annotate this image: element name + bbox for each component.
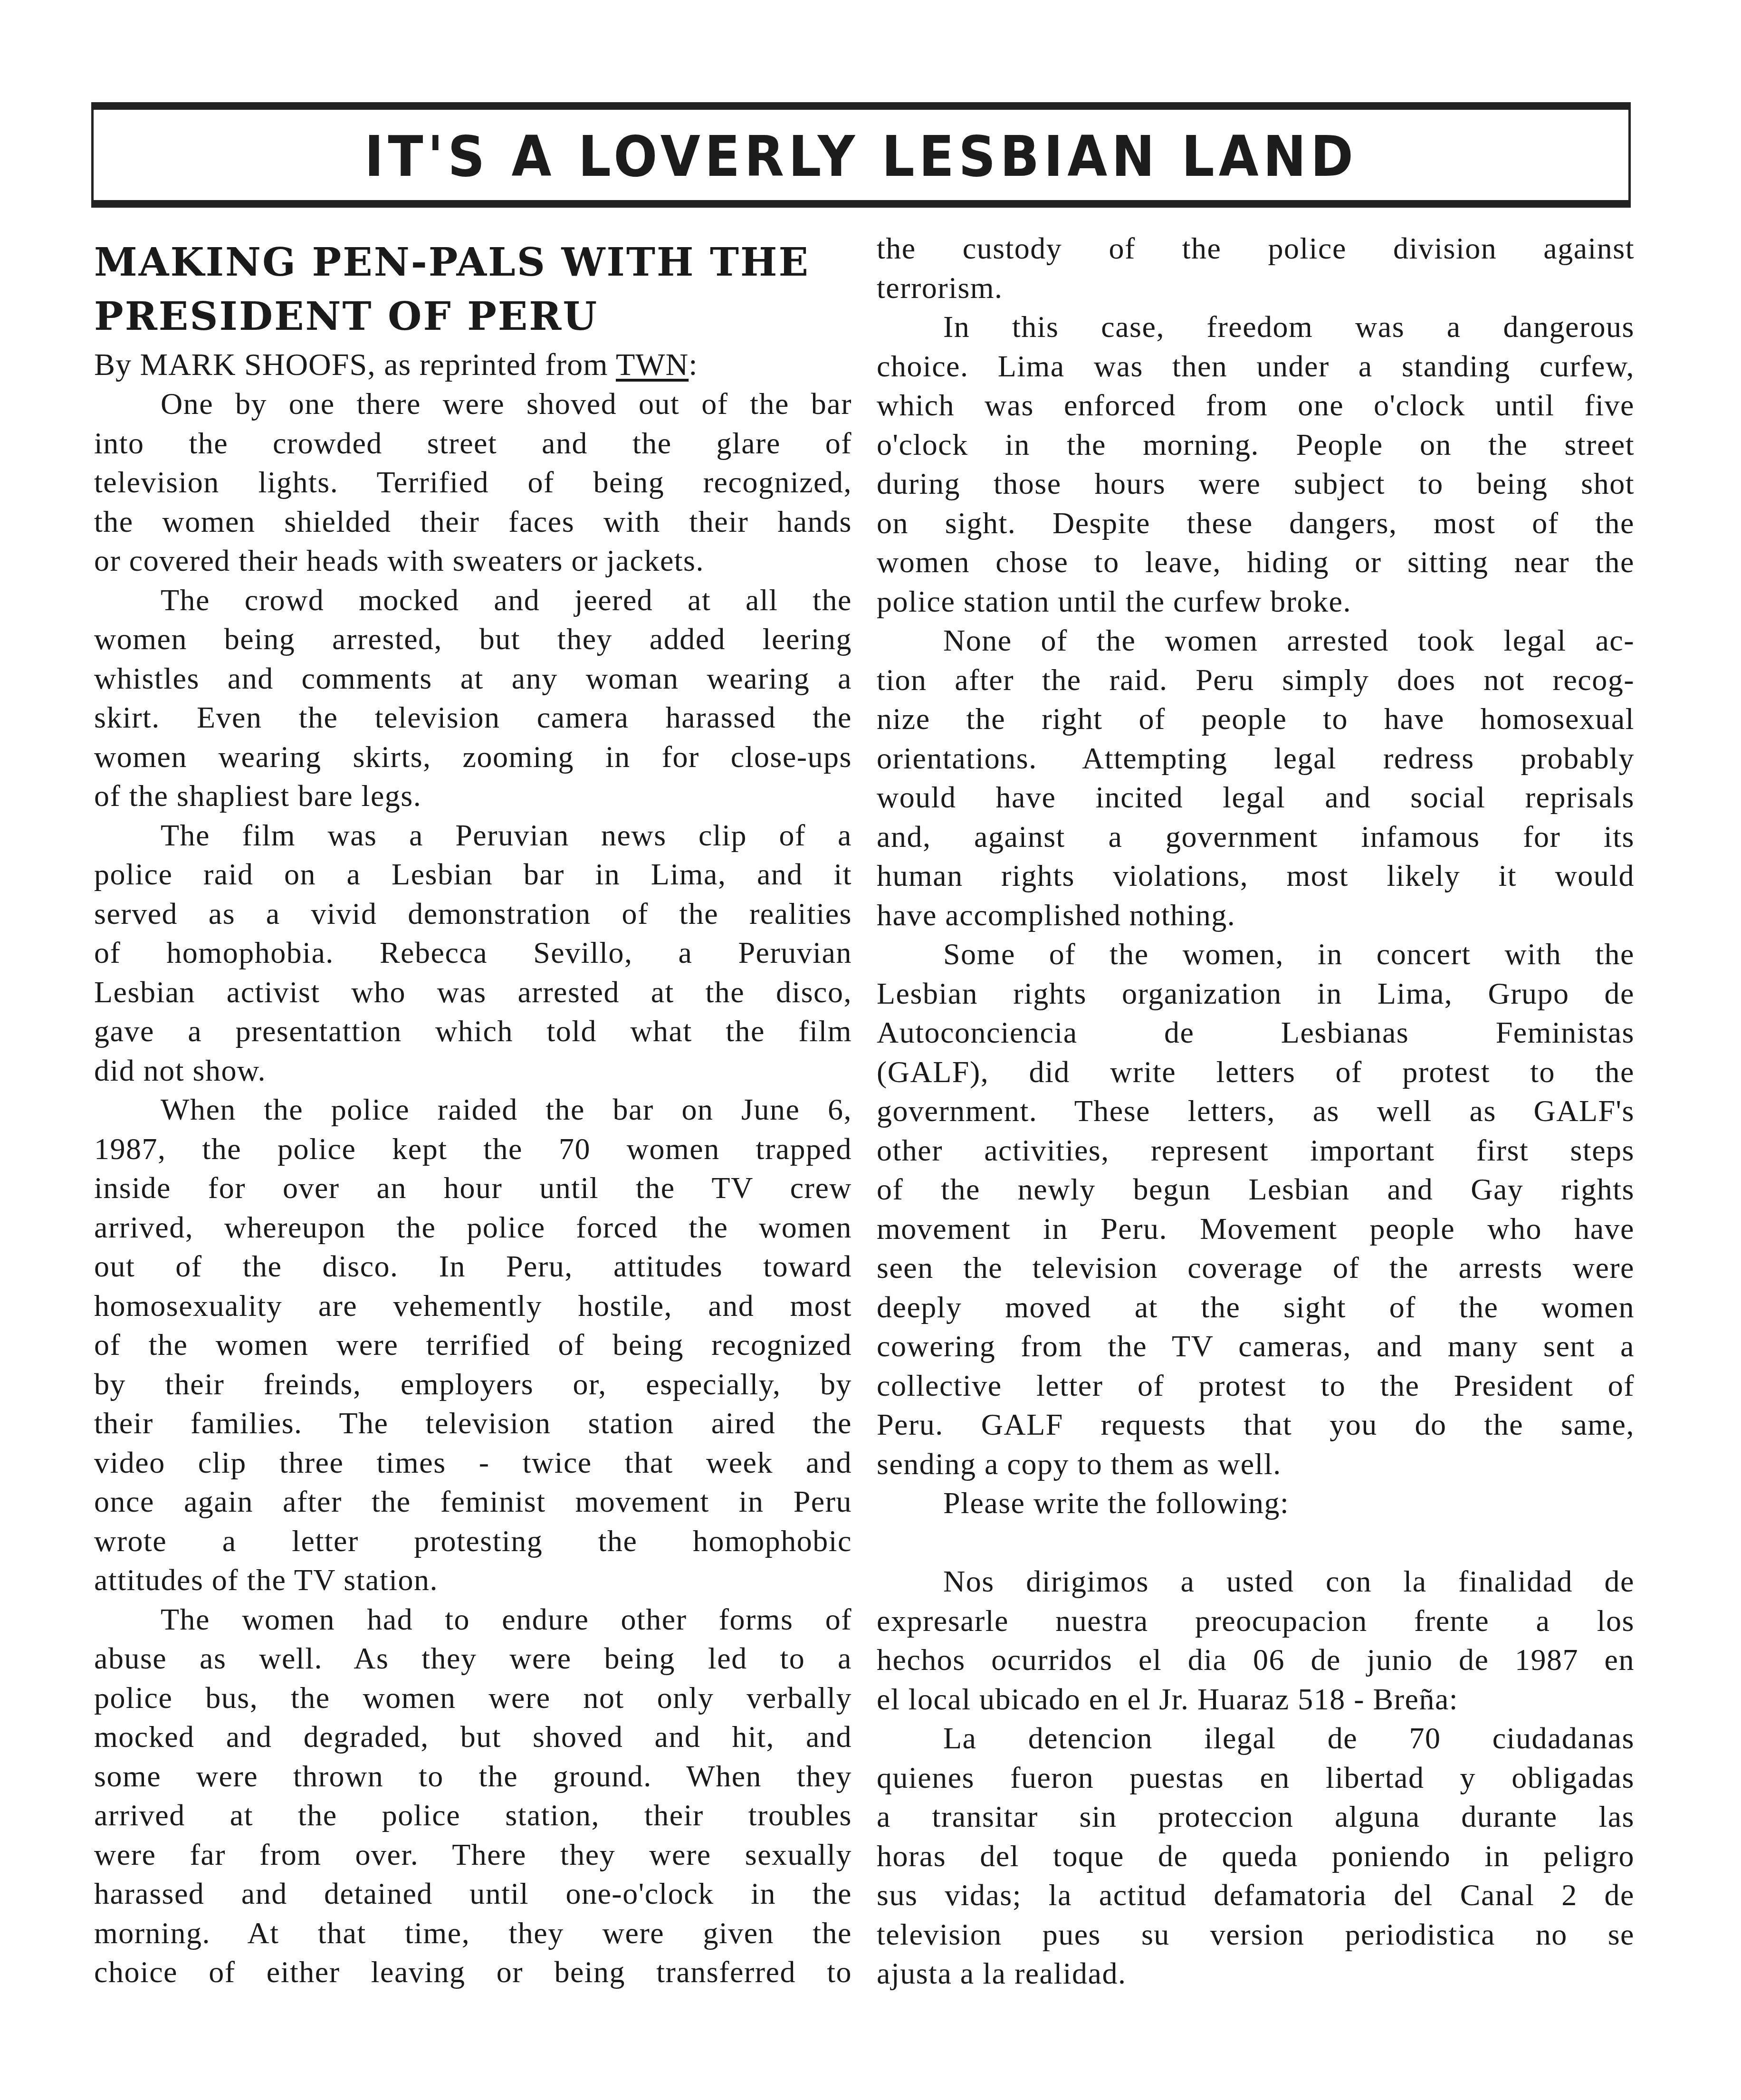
text-line: choice of either leaving or being transf… [94,1953,852,1992]
text-line: tion after the raid. Peru simply does no… [877,661,1635,700]
text-line: once again after the feminist movement i… [94,1482,852,1522]
text-line: during those hours were subject to being… [877,464,1635,504]
text-line: horas del toque de queda poniendo in pel… [877,1837,1635,1876]
text-line: One by one there were shoved out of the … [94,384,852,424]
paragraph: When the police raided the bar on June 6… [94,1090,852,1600]
text-line: by their freinds, employers or, especial… [94,1365,852,1404]
text-line: arrived at the police station, their tro… [94,1796,852,1835]
text-line: women chose to leave, hiding or sitting … [877,543,1635,582]
spacer [877,1523,1635,1563]
text-line: video clip three times - twice that week… [94,1443,852,1483]
paragraph: The film was a Peruvian news clip of a p… [94,816,852,1091]
text-line: Some of the women, in concert with the [877,935,1635,974]
text-line: La detencion ilegal de 70 ciudadanas [877,1719,1635,1758]
text-line: some were thrown to the ground. When the… [94,1757,852,1796]
text-line: The women had to endure other forms of [94,1600,852,1640]
headline-line-2: PRESIDENT OF PERU [94,294,598,339]
text-line: have accomplished nothing. [877,896,1635,935]
text-line: out of the disco. In Peru, attitudes tow… [94,1247,852,1286]
text-line: None of the women arrested took legal ac… [877,621,1635,661]
text-line: movement in Peru. Movement people who ha… [877,1209,1635,1249]
text-line: were far from over. There they were sexu… [94,1835,852,1875]
text-line: sending a copy to them as well. [877,1445,1635,1484]
text-line: human rights violations, most likely it … [877,856,1635,896]
text-line: When the police raided the bar on June 6… [94,1090,852,1130]
text-line: morning. At that time, they were given t… [94,1914,852,1953]
paragraph: The crowd mocked and jeered at all the w… [94,581,852,816]
headline-line-1: MAKING PEN-PALS WITH THE [94,240,810,285]
text-line: The film was a Peruvian news clip of a [94,816,852,855]
text-line: abuse as well. As they were being led to… [94,1639,852,1678]
text-line: mocked and degraded, but shoved and hit,… [94,1717,852,1757]
text-line: Lesbian rights organization in Lima, Gru… [877,974,1635,1014]
left-column: MAKING PEN-PALS WITH THE PRESIDENT OF PE… [94,235,852,1992]
text-line: Peru. GALF requests that you do the same… [877,1405,1635,1445]
text-line: seen the television coverage of the arre… [877,1248,1635,1288]
text-line: harassed and detained until one-o'clock … [94,1874,852,1914]
text-line: arrived, whereupon the police forced the… [94,1208,852,1247]
text-line: of the women were terrified of being rec… [94,1325,852,1365]
text-line: of the newly begun Lesbian and Gay right… [877,1170,1635,1209]
text-line: other activities, represent important fi… [877,1131,1635,1170]
text-line: gave a presentattion which told what the… [94,1012,852,1051]
text-line: a transitar sin proteccion alguna durant… [877,1797,1635,1837]
paragraph: One by one there were shoved out of the … [94,384,852,581]
text-line: attitudes of the TV station. [94,1561,852,1600]
text-line: of homophobia. Rebecca Sevillo, a Peruvi… [94,933,852,973]
text-line: into the crowded street and the glare of [94,424,852,463]
paragraph: Some of the women, in concert with the L… [877,935,1635,1484]
text-line: orientations. Attempting legal redress p… [877,739,1635,778]
text-line: the custody of the police division again… [877,229,1635,268]
paragraph-continued: the custody of the police division again… [877,229,1635,307]
text-line: Autoconciencia de Lesbianas Feministas [877,1013,1635,1053]
text-line: Lesbian activist who was arrested at the… [94,973,852,1012]
text-line: deeply moved at the sight of the women [877,1288,1635,1327]
text-line: or covered their heads with sweaters or … [94,541,852,581]
text-line: collective letter of protest to the Pres… [877,1366,1635,1406]
text-line: The crowd mocked and jeered at all the [94,581,852,620]
text-line: o'clock in the morning. People on the st… [877,425,1635,465]
text-line: inside for over an hour until the TV cre… [94,1169,852,1208]
byline: By MARK SHOOFS, as reprinted from TWN: [94,345,852,384]
text-line: government. These letters, as well as GA… [877,1092,1635,1131]
banner-title: IT'S A LOVERLY LESBIAN LAND [364,128,1358,184]
text-line: quienes fueron puestas en libertad y obl… [877,1758,1635,1798]
text-line: television lights. Terrified of being re… [94,463,852,502]
text-line: of the shapliest bare legs. [94,777,852,816]
text-line: women wearing skirts, zooming in for clo… [94,738,852,777]
text-line: police raid on a Lesbian bar in Lima, an… [94,855,852,894]
text-line: wrote a letter protesting the homophobic [94,1522,852,1561]
text-line: women being arrested, but they added lee… [94,620,852,659]
text-line: police bus, the women were not only verb… [94,1678,852,1718]
text-line: did not show. [94,1051,852,1091]
text-line: police station until the curfew broke. [877,582,1635,622]
banner-box: IT'S A LOVERLY LESBIAN LAND [91,102,1631,208]
text-line: served as a vivid demonstration of the r… [94,894,852,934]
paragraph: None of the women arrested took legal ac… [877,621,1635,935]
right-column: the custody of the police division again… [877,229,1635,1994]
text-line: choice. Lima was then under a standing c… [877,347,1635,386]
text-line: on sight. Despite these dangers, most of… [877,504,1635,543]
text-line: television pues su version periodistica … [877,1915,1635,1955]
text-line: skirt. Even the television camera harass… [94,698,852,738]
text-line: which was enforced from one o'clock unti… [877,386,1635,425]
text-line: ajusta a la realidad. [877,1954,1635,1994]
text-line: hechos ocurridos el dia 06 de junio de 1… [877,1640,1635,1680]
text-line: Nos dirigimos a usted con la finalidad d… [877,1562,1635,1601]
text-line: and, against a government infamous for i… [877,817,1635,857]
text-line: 1987, the police kept the 70 women trapp… [94,1130,852,1169]
byline-colon: : [689,347,698,382]
byline-source: TWN [616,347,689,382]
text-line: expresarle nuestra preocupacion frente a… [877,1601,1635,1641]
paragraph: The women had to endure other forms of a… [94,1600,852,1992]
text-line: cowering from the TV cameras, and many s… [877,1327,1635,1366]
text-line: sus vidas; la actitud defamatoria del Ca… [877,1876,1635,1915]
text-line: terrorism. [877,268,1635,308]
paragraph: In this case, freedom was a dangerous ch… [877,307,1635,621]
article-headline: MAKING PEN-PALS WITH THE PRESIDENT OF PE… [94,235,852,344]
text-line: their families. The television station a… [94,1404,852,1443]
text-line: Please write the following: [877,1484,1635,1523]
letter-paragraph: Nos dirigimos a usted con la finalidad d… [877,1562,1635,1719]
text-line: whistles and comments at any woman weari… [94,659,852,699]
text-line: el local ubicado en el Jr. Huaraz 518 - … [877,1680,1635,1719]
byline-author: By MARK SHOOFS, as reprinted from [94,347,616,382]
text-line: nize the right of people to have homosex… [877,700,1635,739]
text-line: the women shielded their faces with thei… [94,502,852,542]
text-line: In this case, freedom was a dangerous [877,307,1635,347]
paragraph-instruction: Please write the following: [877,1484,1635,1523]
text-line: homosexuality are vehemently hostile, an… [94,1286,852,1326]
text-line: (GALF), did write letters of protest to … [877,1053,1635,1092]
text-line: would have incited legal and social repr… [877,778,1635,817]
letter-paragraph: La detencion ilegal de 70 ciudadanas qui… [877,1719,1635,1994]
